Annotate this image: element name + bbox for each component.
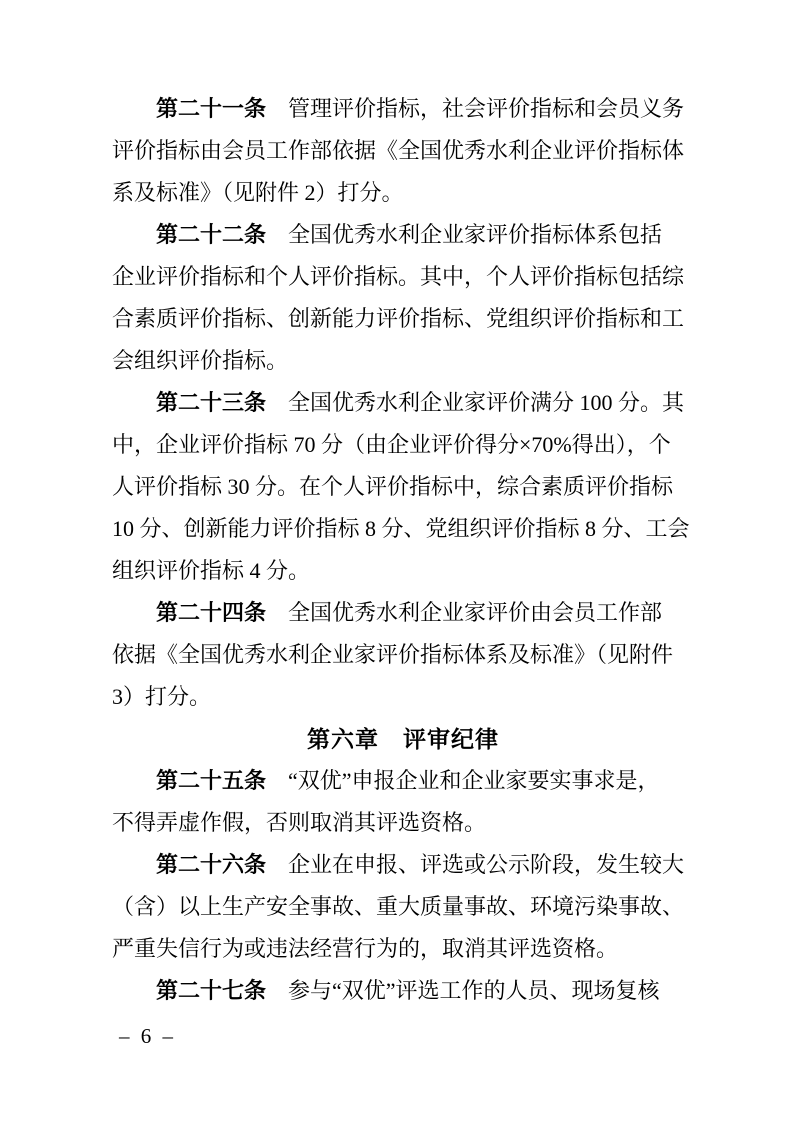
article-21-number: 第二十一条 <box>156 96 266 121</box>
article-25-number: 第二十五条 <box>156 768 266 793</box>
article-24: 第二十四条全国优秀水利企业家评价由会员工作部 依据《全国优秀水利企业家评价指标体… <box>112 592 694 718</box>
document-body: 第二十一条管理评价指标，社会评价指标和会员义务 评价指标由会员工作部依据《全国优… <box>112 88 694 1012</box>
page-number: – 6 – <box>119 1023 176 1049</box>
article-26: 第二十六条企业在申报、评选或公示阶段，发生较大 （含）以上生产安全事故、重大质量… <box>112 844 694 970</box>
article-24-number: 第二十四条 <box>156 600 266 625</box>
article-26-number: 第二十六条 <box>156 852 266 877</box>
article-23: 第二十三条全国优秀水利企业家评价满分 100 分。其 中，企业评价指标 70 分… <box>112 382 694 592</box>
article-22: 第二十二条全国优秀水利企业家评价指标体系包括 企业评价指标和个人评价指标。其中，… <box>112 214 694 382</box>
chapter-6-heading: 第六章 评审纪律 <box>112 718 694 760</box>
article-22-number: 第二十二条 <box>156 222 266 247</box>
article-21: 第二十一条管理评价指标，社会评价指标和会员义务 评价指标由会员工作部依据《全国优… <box>112 88 694 214</box>
document-page: 第二十一条管理评价指标，社会评价指标和会员义务 评价指标由会员工作部依据《全国优… <box>0 0 800 1131</box>
article-27-number: 第二十七条 <box>156 978 266 1003</box>
article-27-text: 参与“双优”评选工作的人员、现场复核 <box>288 978 660 1003</box>
article-23-number: 第二十三条 <box>156 390 266 415</box>
article-27: 第二十七条参与“双优”评选工作的人员、现场复核 <box>112 970 694 1012</box>
article-25: 第二十五条“双优”申报企业和企业家要实事求是， 不得弄虚作假，否则取消其评选资格… <box>112 760 694 844</box>
article-23-text: 全国优秀水利企业家评价满分 100 分。其 中，企业评价指标 70 分（由企业评… <box>112 390 690 583</box>
